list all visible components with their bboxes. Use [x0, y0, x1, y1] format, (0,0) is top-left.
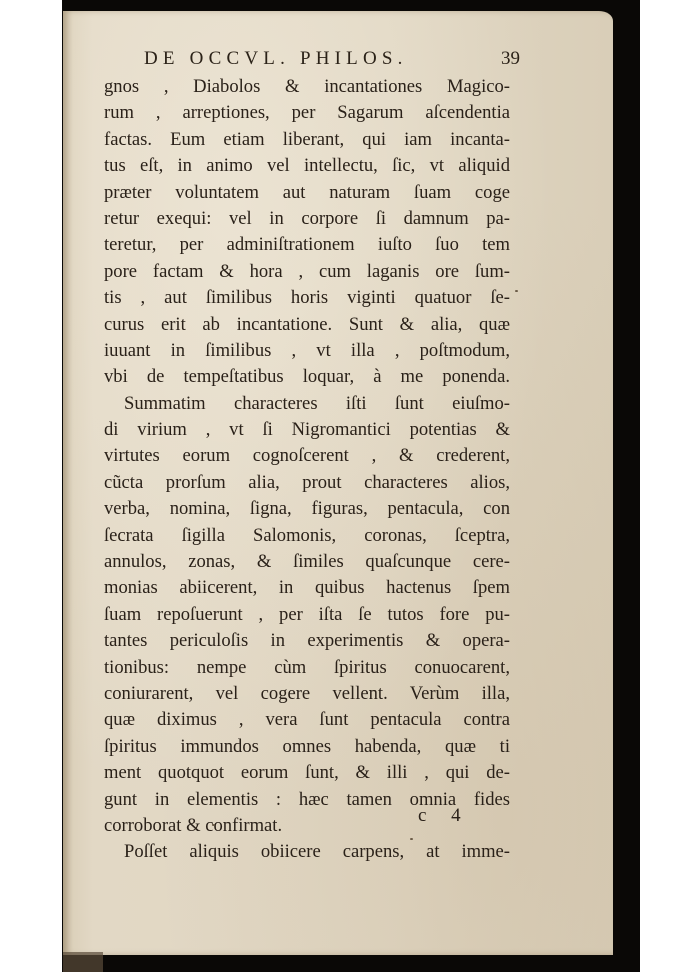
- text-line: ſecrata ſigilla Salomonis, coronas, ſcep…: [104, 523, 510, 549]
- text-line: tantes periculoſis in experimentis & ope…: [104, 628, 510, 654]
- text-line: retur exequi: vel in corpore ſi damnum p…: [104, 206, 510, 232]
- text-line: tus eſt, in animo vel intellectu, ſic, v…: [104, 153, 510, 179]
- text-line: pore factam & hora , cum laganis ore ſum…: [104, 259, 510, 285]
- paragraph-start-line: Summatim characteres iſti ſunt eiuſmo-: [104, 391, 510, 417]
- text-line: verba, nomina, ſigna, figuras, pentacula…: [104, 496, 510, 522]
- text-line: tis , aut ſimilibus horis viginti quatuo…: [104, 285, 510, 311]
- text-line: ſuam repoſuerunt , per iſta ſe tutos for…: [104, 602, 510, 628]
- page-number: 39: [501, 48, 520, 70]
- text-line: gnos , Diabolos & incantationes Magico-: [104, 74, 510, 100]
- text-line: ment quotquot eorum ſunt, & illi , qui d…: [104, 760, 510, 786]
- running-head-title: DE OCCVL. PHILOS.: [144, 48, 408, 70]
- page-corner-shadow: [63, 952, 103, 972]
- paragraph-start-line: Poſſet aliquis obiicere carpens, at imme…: [104, 839, 510, 865]
- text-line: curus erit ab incantatione. Sunt & alia,…: [104, 312, 510, 338]
- body-text: gnos , Diabolos & incantationes Magico- …: [104, 74, 510, 866]
- text-line: coniurarent, vel cogere vellent. Verùm i…: [104, 681, 510, 707]
- paper-speck: [212, 824, 215, 826]
- text-line: annulos, zonas, & ſimiles quaſcunque cer…: [104, 549, 510, 575]
- text-line: factas. Eum etiam liberant, qui iam inca…: [104, 127, 510, 153]
- text-line: vbi de tempeſtatibus loquar, à me ponend…: [104, 364, 510, 390]
- text-line: ſpiritus immundos omnes habenda, quæ ti: [104, 734, 510, 760]
- text-line: monias abiicerent, in quibus hactenus ſp…: [104, 575, 510, 601]
- signature-mark: c 4: [418, 805, 471, 827]
- text-line: cũcta prorſum alia, prout characteres al…: [104, 470, 510, 496]
- text-line: rum , arreptiones, per Sagarum aſcendent…: [104, 100, 510, 126]
- text-line: virtutes eorum cognoſcerent , & crederen…: [104, 443, 510, 469]
- paper-speck: [515, 290, 518, 292]
- text-line: iuuant in ſimilibus , vt illa , poſtmodu…: [104, 338, 510, 364]
- text-line: teretur, per adminiſtrationem iuſto ſuo …: [104, 232, 510, 258]
- text-line: di virium , vt ſi Nigromantici potentias…: [104, 417, 510, 443]
- text-line: tionibus: nempe cùm ſpiritus conuocarent…: [104, 655, 510, 681]
- text-line: quæ diximus , vera ſunt pentacula contra: [104, 707, 510, 733]
- text-line: præter voluntatem aut naturam ſuam coge: [104, 180, 510, 206]
- paper-speck: [410, 838, 413, 840]
